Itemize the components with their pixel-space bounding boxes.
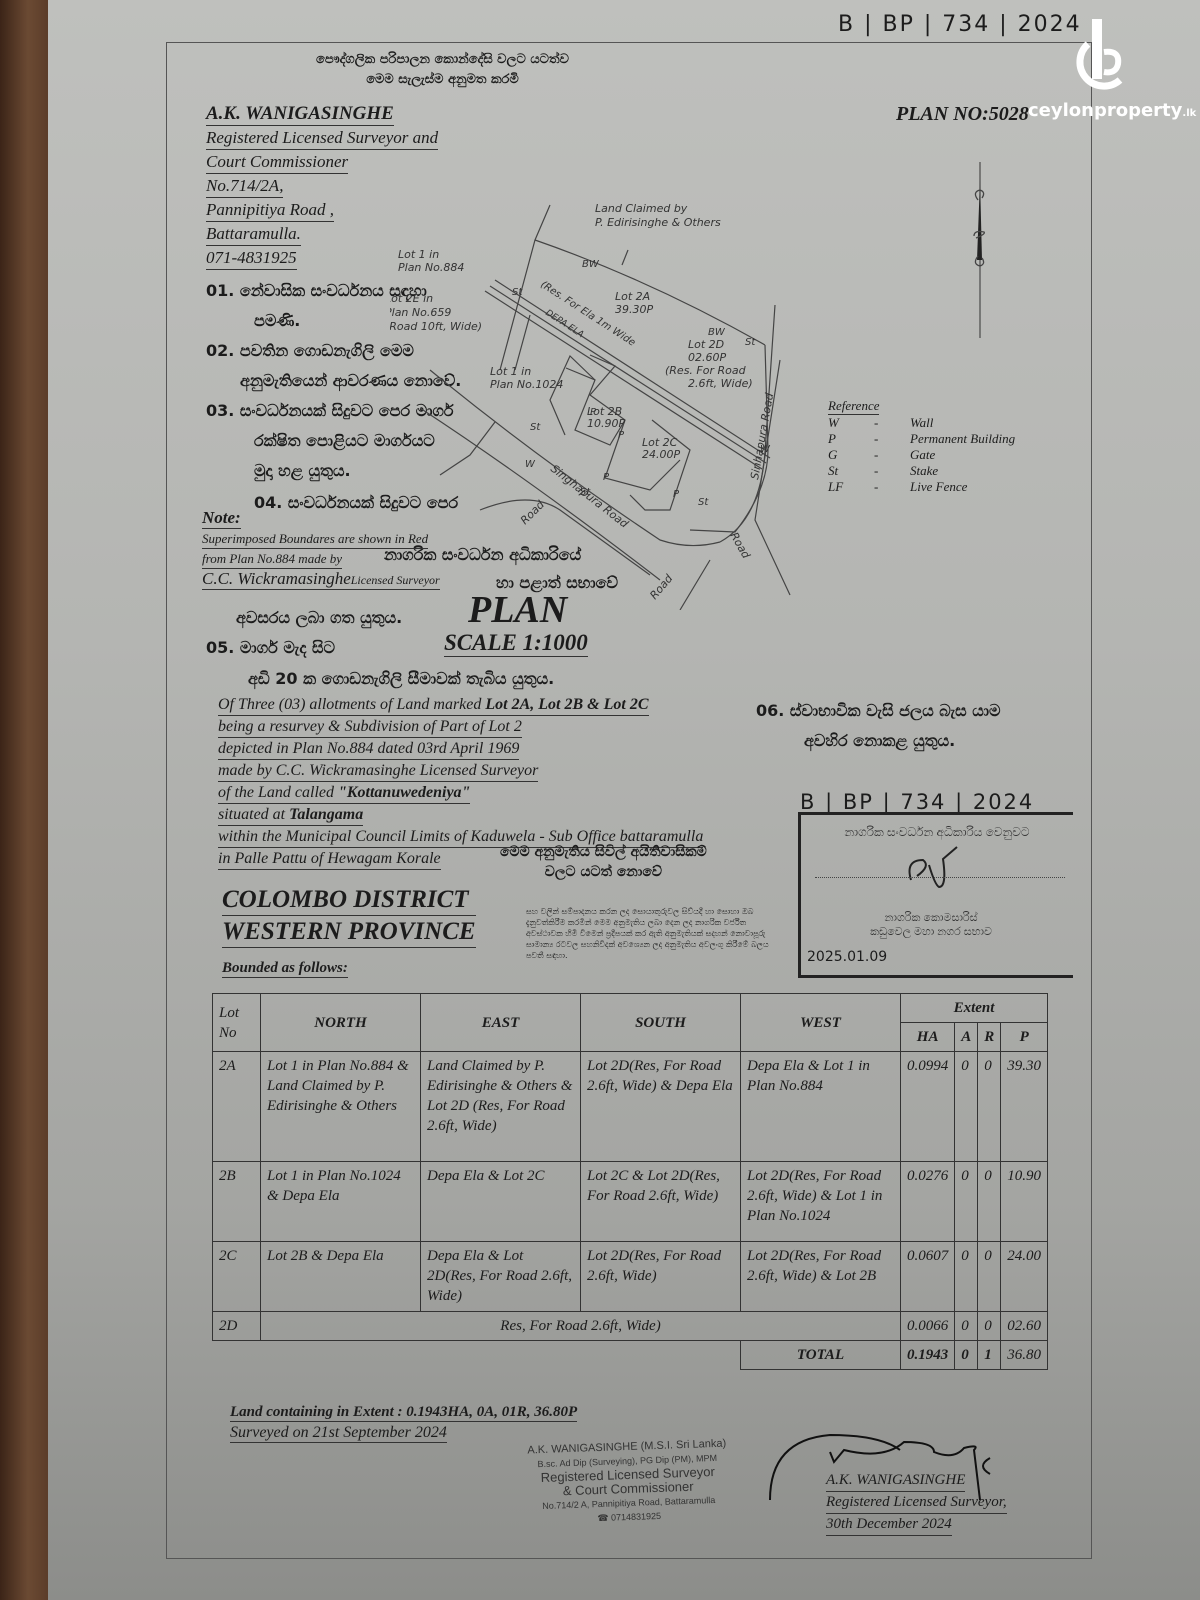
survey-date: Surveyed on 21st September 2024 [230, 1424, 447, 1443]
surveyor-title: Registered Licensed Surveyor and [206, 126, 438, 150]
table-row: 2CLot 2B & Depa ElaDepa Ela & Lot 2D(Res… [213, 1242, 1048, 1312]
map-label-land-claimed: Land Claimed by [595, 202, 688, 215]
map-label-lot2e: Plan No.659 [390, 306, 451, 319]
map-label-lot2b: 10.90P [587, 417, 625, 430]
north-arrow-icon [968, 160, 992, 340]
surveyor-address-1: No.714/2A, [206, 174, 283, 198]
province-name: WESTERN PROVINCE [222, 916, 476, 948]
ceylonproperty-logo-icon [1062, 14, 1132, 104]
map-label-lot2d: 02.60P [688, 351, 726, 364]
condition-05: 05. මාර්ග මැද සිට [206, 633, 335, 663]
description-line: in Palle Pattu of Hewagam Korale [218, 848, 441, 870]
map-label-building: P [590, 407, 597, 418]
map-label-wall: W [760, 444, 771, 455]
header-north: NORTH [261, 994, 421, 1052]
stamp-date: 2025.01.09 [807, 949, 887, 965]
table-header-row: Lot No NORTH EAST SOUTH WEST Extent [213, 994, 1048, 1023]
header-lot-no: Lot No [213, 994, 261, 1052]
map-label-stake: St [745, 337, 756, 348]
district-name: COLOMBO DISTRICT [222, 884, 476, 916]
map-label-brick-wall: BW [708, 327, 726, 338]
header-r: R [978, 1023, 1001, 1052]
condition-04-cont: අවසරය ලබා ගත යුතුය. [236, 603, 402, 633]
surveyor-phone: 071-4831925 [206, 246, 297, 270]
plan-scale: SCALE 1:1000 [444, 630, 588, 657]
map-label-stake: St [580, 487, 591, 498]
surveyor-address-3: Battaramulla. [206, 222, 301, 246]
map-label-sinhapura-road: Sinhapura Road [748, 391, 776, 480]
map-label-building: P [618, 430, 625, 441]
header-p: P [1001, 1023, 1048, 1052]
map-label-lot2d: Lot 2D [688, 338, 724, 351]
legend-item: St-Stake [828, 463, 1021, 479]
plan-number: PLAN NO:5028 [896, 103, 1029, 126]
stamp-reference-number: B | BP | 734 | 2024 [800, 790, 1034, 814]
map-label-lot1-884: Plan No.884 [398, 261, 464, 274]
reference-legend: Reference W-Wall P-Permanent Building G-… [828, 398, 1021, 495]
legend-item: P-Permanent Building [828, 431, 1021, 447]
condition-06-cont: අවහිර නොකළ යුතුය. [804, 726, 955, 756]
description-line: being a resurvey & Subdivision of Part o… [218, 716, 522, 738]
map-label-road: Road [727, 530, 753, 562]
stamp-office: කඩුවෙල මහා නගර සභාව [801, 925, 1061, 939]
surveyor-seal: A.K. WANIGASINGHE (M.S.I. Sri Lanka) B.s… [517, 1436, 740, 1528]
extent-summary: Land containing in Extent : 0.1943HA, 0A… [230, 1404, 577, 1422]
map-label-building: P [673, 489, 680, 500]
signature-date: 30th December 2024 [826, 1514, 952, 1536]
map-label-stake: St [530, 422, 541, 433]
legend-item: LF-Live Fence [828, 479, 1021, 495]
map-label-lot1-1024: Plan No.1024 [490, 378, 563, 391]
map-label-lot2d: (Res. For Road [665, 364, 747, 377]
header-east: EAST [421, 994, 581, 1052]
legend-item: G-Gate [828, 447, 1021, 463]
condition-05-cont: අඩි 20 ක ගොඩනැගිලි සීමාවක් තැබිය යුතුය. [248, 664, 554, 694]
map-label-road: Road [647, 571, 676, 602]
map-label-lot2d: 2.6ft, Wide) [688, 377, 753, 390]
map-label-lot2e: Lot 2E in [390, 292, 433, 305]
map-label-lot2e: (Road 10ft, Wide) [390, 320, 482, 333]
stamp-line: මෙම සැලැස්ම අනුමත කරමි [316, 70, 569, 90]
table-row: 2ALot 1 in Plan No.884 & Land Claimed by… [213, 1052, 1048, 1162]
surveyor-name: A.K. WANIGASINGHE [206, 102, 394, 126]
surveyor-address-2: Pannipitiya Road , [206, 198, 334, 222]
civil-rights-note: මෙම අනුමැතිය සිවිල් අයිතිවාසිකම් වලට යටත… [500, 842, 707, 882]
table-row: 2BLot 1 in Plan No.1024 & Depa ElaDepa E… [213, 1162, 1048, 1242]
official-signature [901, 845, 961, 895]
map-label-land-claimed: P. Edirisinghe & Others [595, 216, 721, 229]
map-label-lot1-1024: Lot 1 in [490, 365, 531, 378]
survey-map-drawing: Land Claimed by P. Edirisinghe & Others … [390, 190, 810, 610]
watermark-suffix: .lk [1182, 108, 1196, 119]
note-line: from Plan No.884 made by [202, 549, 342, 569]
signature-block: A.K. WANIGASINGHE Registered Licensed Su… [826, 1470, 1007, 1536]
legend-title: Reference [828, 398, 879, 415]
condition-06: 06. ස්වාභාවික වැසි ජලය බැස යාම [756, 696, 1001, 726]
table-total-row: TOTAL 0.19430136.80 [213, 1341, 1048, 1370]
map-label-wall: W [525, 459, 536, 470]
map-label-lot1-884: Lot 1 in [398, 248, 439, 261]
header-extent: Extent [901, 994, 1048, 1023]
boundaries-table: Lot No NORTH EAST SOUTH WEST Extent HA A… [212, 993, 1048, 1370]
map-label-lot2c: 24.00P [642, 448, 680, 461]
map-label-stake: St [512, 287, 523, 298]
legend-item: W-Wall [828, 415, 1021, 431]
watermark-brand: ceylonproperty [1028, 100, 1182, 121]
stamp-officer: නාගරික කොමසාරිස් [801, 911, 1061, 925]
header-ha: HA [901, 1023, 955, 1052]
stamp-authority: නාගරික සංවර්ධන අධිකාරිය වෙනුවට [801, 825, 1073, 839]
signature-title: Registered Licensed Surveyor, [826, 1492, 1007, 1514]
header-a: A [955, 1023, 978, 1052]
table-row-2d: 2DRes, For Road 2.6ft, Wide) 0.00660002.… [213, 1312, 1048, 1341]
description-line: situated at Talangama [218, 804, 363, 826]
signature-name: A.K. WANIGASINGHE [826, 1470, 965, 1492]
approval-stamp-box: නාගරික සංවර්ධන අධිකාරිය වෙනුවට නාගරික කො… [798, 812, 1073, 978]
map-label-stake: St [698, 497, 709, 508]
description-line: Of Three (03) allotments of Land marked … [218, 694, 649, 716]
map-label-lot2a: Lot 2A [615, 290, 650, 303]
description-line: depicted in Plan No.884 dated 03rd April… [218, 738, 519, 760]
header-west: WEST [741, 994, 901, 1052]
bounded-label: Bounded as follows: [222, 960, 348, 978]
surveyor-title-2: Court Commissioner [206, 150, 348, 174]
description-line: of the Land called "Kottanuwedeniya" [218, 782, 470, 804]
district-block: COLOMBO DISTRICT WESTERN PROVINCE [222, 884, 476, 948]
watermark: ceylonproperty.lk [1040, 14, 1170, 124]
note-label: Note: [202, 508, 241, 529]
approval-header-stamp: පෞද්ගලික පරිපාලන කොන්දේසි වලට යටත්ව මෙම … [316, 50, 569, 90]
map-label-lot2a: 39.30P [615, 303, 653, 316]
legal-paragraph: සහ වලින් සම්පාදනය කරන ලද සොයාතුරුවල සිව්… [526, 906, 776, 961]
map-label-brick-wall: BW [582, 259, 600, 270]
header-south: SOUTH [581, 994, 741, 1052]
map-label-building: P [603, 472, 610, 483]
description-line: made by C.C. Wickramasinghe Licensed Sur… [218, 760, 538, 782]
stamp-line: පෞද්ගලික පරිපාලන කොන්දේසි වලට යටත්ව [316, 50, 569, 70]
